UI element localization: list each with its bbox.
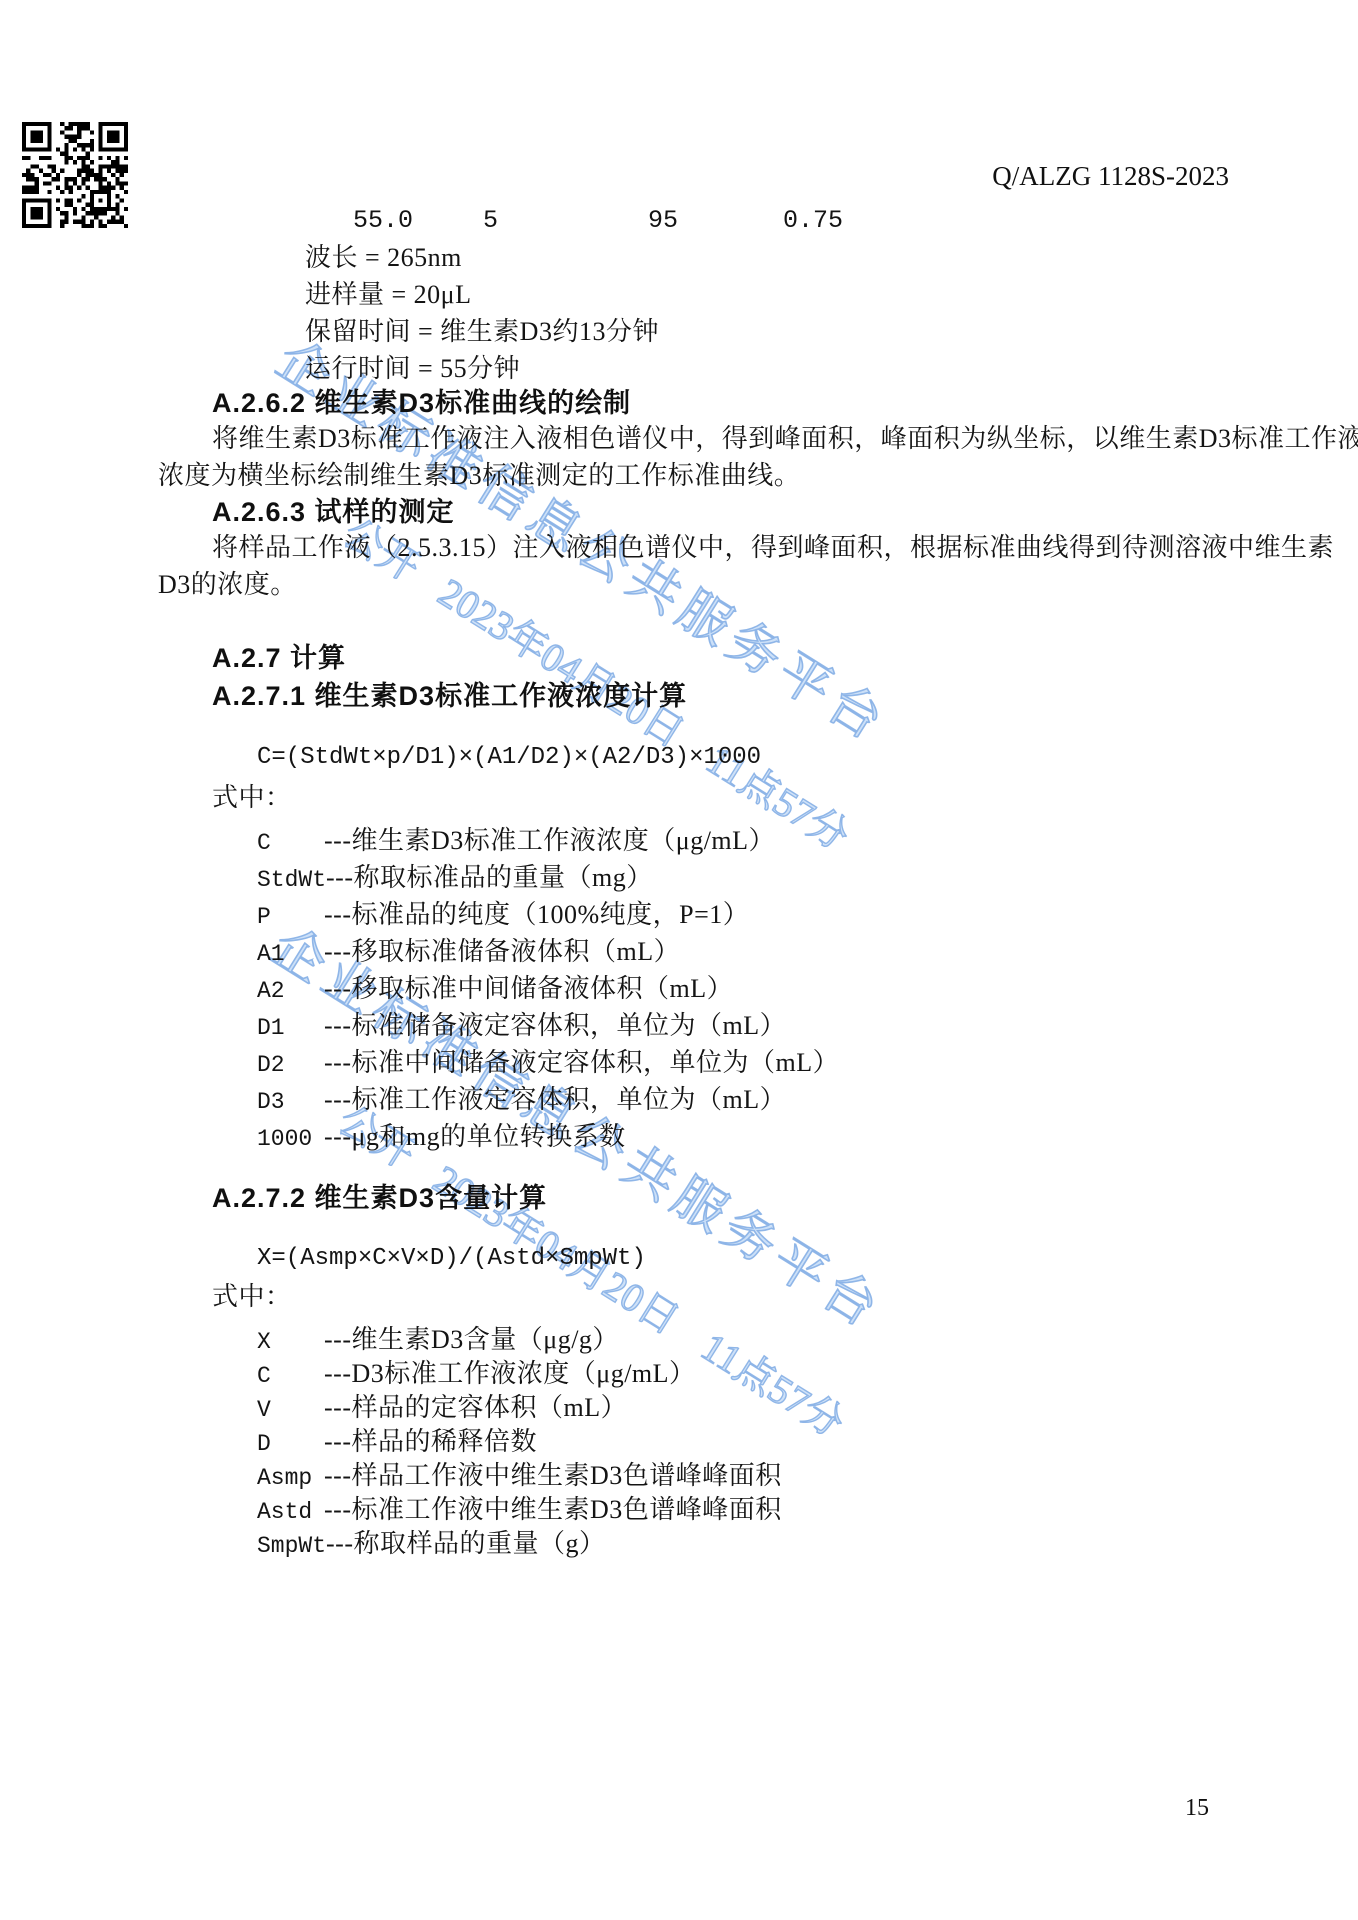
definition-symbol: V [257,1397,324,1423]
watermark-date: 2023年04月20日 [431,569,692,756]
section-heading-a271: A.2.7.1 维生素D3标准工作液浓度计算 [212,681,687,712]
definition-desc: ---标准品的纯度（100%纯度，P=1） [324,894,749,931]
definition-symbol: D [257,1431,324,1457]
definition-symbol: A1 [257,941,324,967]
definition-desc: ---样品工作液中维生素D3色谱峰峰面积 [324,1455,782,1492]
document-page: Q/ALZG 1128S-2023 企业标准信息公共服务平台 公开2023年04… [0,0,1358,1920]
where-label: 式中： [212,783,292,813]
param-injection-volume: 进样量 = 20μL [305,280,472,310]
definition-symbol: 1000 [257,1126,324,1152]
definition-row: A2 ---移取标准中间储备液体积（mL） [257,968,733,1005]
definition-row: P ---标准品的纯度（100%纯度，P=1） [257,894,749,931]
definition-symbol: Asmp [257,1465,324,1491]
table-cell-percent-b: 0.75 [783,206,843,235]
page-number: 15 [1185,1795,1209,1822]
definition-desc: ---标准中间储备液定容体积，单位为（mL） [324,1042,839,1079]
paragraph-line: 浓度为横坐标绘制维生素D3标准测定的工作标准曲线。 [158,461,800,491]
definition-desc: ---标准工作液定容体积，单位为（mL） [324,1079,786,1116]
definition-desc: ---称取标准品的重量（mg） [326,857,653,894]
definition-symbol: C [257,1363,324,1389]
definition-row: X ---维生素D3含量（μg/g） [257,1319,619,1356]
table-cell-time: 55.0 [353,206,413,235]
paragraph-line: 将维生素D3标准工作液注入液相色谱仪中，得到峰面积，峰面积为纵坐标，以维生素D3… [212,424,1358,454]
definition-row: C ---D3标准工作液浓度（μg/mL） [257,1353,696,1390]
definition-desc: ---D3标准工作液浓度（μg/mL） [324,1353,696,1390]
definition-symbol: D2 [257,1052,324,1078]
definition-desc: ---μg和mg的单位转换系数 [324,1116,626,1153]
definition-row: D1 ---标准储备液定容体积，单位为（mL） [257,1005,786,1042]
paragraph-line: D3的浓度。 [158,570,297,600]
definition-symbol: StdWt [257,867,326,893]
definition-symbol: D1 [257,1015,324,1041]
definition-symbol: A2 [257,978,324,1004]
param-run-time: 运行时间 = 55分钟 [305,354,520,384]
definition-desc: ---称取样品的重量（g） [326,1523,605,1560]
definition-desc: ---样品的定容体积（mL） [324,1387,627,1424]
definition-desc: ---标准储备液定容体积，单位为（mL） [324,1005,786,1042]
formula-concentration: C=(StdWt×p/D1)×(A1/D2)×(A2/D3)×1000 [257,743,761,773]
table-cell-percent-a: 95 [648,206,678,235]
definition-desc: ---样品的稀释倍数 [324,1421,537,1458]
definition-row: StdWt ---称取标准品的重量（mg） [257,857,653,894]
definition-row: SmpWt ---称取样品的重量（g） [257,1523,606,1560]
definition-symbol: SmpWt [257,1533,326,1559]
definition-desc: ---移取标准中间储备液体积（mL） [324,968,733,1005]
where-label: 式中： [212,1282,292,1312]
definition-row: A1 ---移取标准储备液体积（mL） [257,931,680,968]
section-heading-a262: A.2.6.2 维生素D3标准曲线的绘制 [212,388,631,419]
definition-row: D ---样品的稀释倍数 [257,1421,537,1458]
definition-row: D2 ---标准中间储备液定容体积，单位为（mL） [257,1042,839,1079]
table-cell-flow: 5 [483,206,498,235]
definition-symbol: P [257,904,324,930]
definition-symbol: C [257,830,324,856]
definition-desc: ---标准工作液中维生素D3色谱峰峰面积 [324,1489,782,1526]
definition-symbol: D3 [257,1089,324,1115]
paragraph-line: 将样品工作液（2.5.3.15）注入液相色谱仪中，得到峰面积，根据标准曲线得到待… [212,533,1334,563]
definition-desc: ---维生素D3标准工作液浓度（μg/mL） [324,820,775,857]
definition-desc: ---维生素D3含量（μg/g） [324,1319,619,1356]
param-retention-time: 保留时间 = 维生素D3约13分钟 [305,317,659,347]
section-heading-a272: A.2.7.2 维生素D3含量计算 [212,1183,547,1214]
formula-content: X=(Asmp×C×V×D)/(Astd×SmpWt) [257,1244,646,1274]
header-doc-code: Q/ALZG 1128S-2023 [992,161,1229,192]
param-wavelength: 波长 = 265nm [305,243,462,273]
section-heading-a263: A.2.6.3 试样的测定 [212,497,455,528]
qr-code-graphic [22,122,128,228]
watermark-time: 11点57分 [694,1324,852,1446]
definition-row: Asmp ---样品工作液中维生素D3色谱峰峰面积 [257,1455,782,1492]
definition-row: 1000 ---μg和mg的单位转换系数 [257,1116,626,1153]
definition-row: C ---维生素D3标准工作液浓度（μg/mL） [257,820,775,857]
definition-symbol: X [257,1329,324,1355]
definition-row: D3 ---标准工作液定容体积，单位为（mL） [257,1079,786,1116]
definition-row: V ---样品的定容体积（mL） [257,1387,627,1424]
definition-symbol: Astd [257,1499,324,1525]
definition-row: Astd ---标准工作液中维生素D3色谱峰峰面积 [257,1489,782,1526]
qr-code [22,122,128,228]
definition-desc: ---移取标准储备液体积（mL） [324,931,680,968]
section-heading-a27: A.2.7 计算 [212,643,346,674]
